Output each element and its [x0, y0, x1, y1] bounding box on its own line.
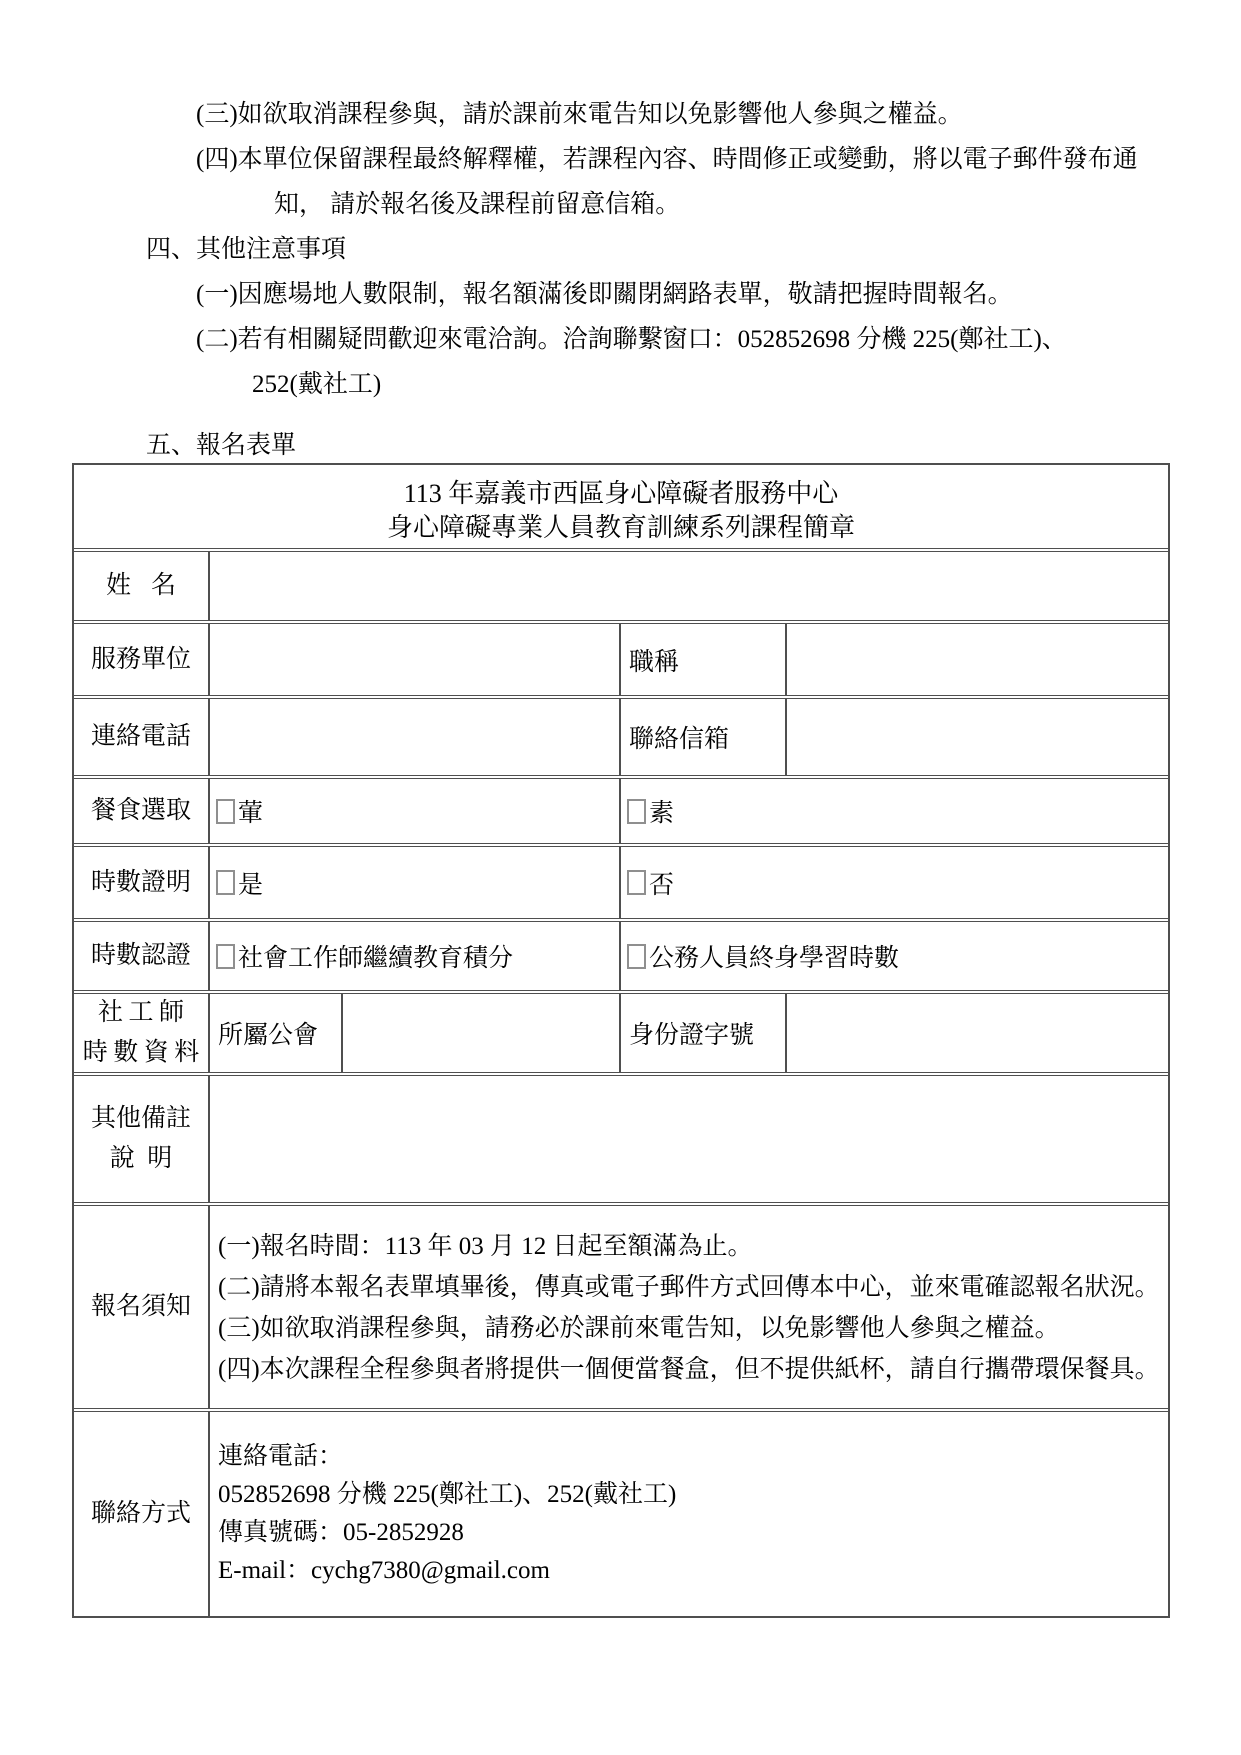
checkbox-icon: [216, 870, 235, 895]
contact-content: 連絡電話： 052852698 分機 225(鄭社工)、252(戴社工) 傳真號…: [208, 1412, 1168, 1616]
hours-proof-label: 時數證明: [74, 847, 208, 918]
name-input-cell: [208, 552, 1168, 620]
checkbox-icon: [627, 799, 646, 824]
email-input-cell: [785, 699, 1168, 775]
remark-input-cell: [208, 1076, 1168, 1202]
id-number-input-cell: [785, 994, 1168, 1072]
form-title-line2: 身心障礙專業人員教育訓練系列課程簡章: [387, 511, 855, 545]
phone-row: 連絡電話 聯絡信箱: [74, 695, 1168, 775]
notice-label: 報名須知: [74, 1206, 208, 1408]
form-title-line1: 113 年嘉義市西區身心障礙者服務中心: [404, 477, 839, 511]
meal-option-meat: 葷: [208, 779, 619, 843]
meal-label: 餐食選取: [74, 779, 208, 843]
form-title-row: 113 年嘉義市西區身心障礙者服務中心 身心障礙專業人員教育訓練系列課程簡章: [74, 465, 1168, 548]
note-line: (二)若有相關疑問歡迎來電洽詢。洽詢聯繫窗口：052852698 分機 225(…: [0, 317, 1241, 362]
unit-input-cell: [208, 624, 619, 695]
jobtitle-label: 職稱: [619, 624, 785, 695]
contact-line: 連絡電話：: [218, 1438, 1162, 1476]
name-label: 姓名: [74, 552, 208, 620]
notice-line: (三)如欲取消課程參與，請務必於課前來電告知，以免影響他人參與之權益。: [218, 1308, 1162, 1349]
section-four-heading: 四、其他注意事項: [0, 227, 1241, 272]
unit-row: 服務單位 職稱: [74, 620, 1168, 695]
meal-option-veg: 素: [619, 779, 1168, 843]
note-line: (四)本單位保留課程最終解釋權，若課程內容、時間修正或變動，將以電子郵件發布通: [0, 137, 1241, 182]
notice-content: (一)報名時間：113 年 03 月 12 日起至額滿為止。 (二)請將本報名表…: [208, 1206, 1168, 1408]
name-row: 姓名: [74, 548, 1168, 620]
notice-line: (四)本次課程全程參與者將提供一個便當餐盒，但不提供紙杯，請自行攜帶環保餐具。: [218, 1349, 1162, 1390]
accreditation-civilservant: 公務人員終身學習時數: [619, 922, 1168, 990]
form-title: 113 年嘉義市西區身心障礙者服務中心 身心障礙專業人員教育訓練系列課程簡章: [74, 465, 1168, 548]
phone-input-cell: [208, 699, 619, 775]
id-number-label: 身份證字號: [619, 994, 785, 1072]
contact-line: E-mail：cychg7380@gmail.com: [218, 1552, 1162, 1590]
accreditation-row: 時數認證 社會工作師繼續教育積分 公務人員終身學習時數: [74, 918, 1168, 990]
checkbox-icon: [216, 799, 235, 824]
jobtitle-input-cell: [785, 624, 1168, 695]
contact-label: 聯絡方式: [74, 1412, 208, 1616]
hours-proof-yes: 是: [208, 847, 619, 918]
remark-row: 其他備註 說明: [74, 1072, 1168, 1202]
contact-line: 052852698 分機 225(鄭社工)、252(戴社工): [218, 1476, 1162, 1514]
notes-section: (三)如欲取消課程參與，請於課前來電告知以免影響他人參與之權益。 (四)本單位保…: [0, 92, 1241, 407]
contact-line: 傳真號碼：05-2852928: [218, 1514, 1162, 1552]
notice-line: (二)請將本報名表單填畢後，傳真或電子郵件方式回傳本中心，並來電確認報名狀況。: [218, 1267, 1162, 1308]
registration-form-table: 113 年嘉義市西區身心障礙者服務中心 身心障礙專業人員教育訓練系列課程簡章 姓…: [72, 463, 1170, 1618]
note-line: (三)如欲取消課程參與，請於課前來電告知以免影響他人參與之權益。: [0, 92, 1241, 137]
checkbox-icon: [627, 944, 646, 969]
section-five-heading: 五、報名表單: [146, 424, 296, 468]
note-line: 知， 請於報名後及課程前留意信箱。: [0, 182, 1241, 227]
meal-row: 餐食選取 葷 素: [74, 775, 1168, 843]
phone-label: 連絡電話: [74, 699, 208, 775]
socialworker-info-label: 社工師 時數資料: [74, 994, 208, 1072]
contact-row: 聯絡方式 連絡電話： 052852698 分機 225(鄭社工)、252(戴社工…: [74, 1408, 1168, 1616]
note-line: 252(戴社工): [0, 362, 1241, 407]
hours-proof-row: 時數證明 是 否: [74, 843, 1168, 918]
document-page: (三)如欲取消課程參與，請於課前來電告知以免影響他人參與之權益。 (四)本單位保…: [0, 0, 1241, 1755]
notice-line: (一)報名時間：113 年 03 月 12 日起至額滿為止。: [218, 1226, 1162, 1267]
notice-row: 報名須知 (一)報名時間：113 年 03 月 12 日起至額滿為止。 (二)請…: [74, 1202, 1168, 1408]
unit-label: 服務單位: [74, 624, 208, 695]
association-input-cell: [341, 994, 619, 1072]
remark-label: 其他備註 說明: [74, 1076, 208, 1202]
socialworker-info-row: 社工師 時數資料 所屬公會 身份證字號: [74, 990, 1168, 1072]
association-label: 所屬公會: [208, 994, 341, 1072]
checkbox-icon: [627, 870, 646, 895]
hours-proof-no: 否: [619, 847, 1168, 918]
note-line: (一)因應場地人數限制，報名額滿後即關閉網路表單，敬請把握時間報名。: [0, 272, 1241, 317]
checkbox-icon: [216, 944, 235, 969]
accreditation-label: 時數認證: [74, 922, 208, 990]
email-label: 聯絡信箱: [619, 699, 785, 775]
accreditation-socialworker: 社會工作師繼續教育積分: [208, 922, 619, 990]
